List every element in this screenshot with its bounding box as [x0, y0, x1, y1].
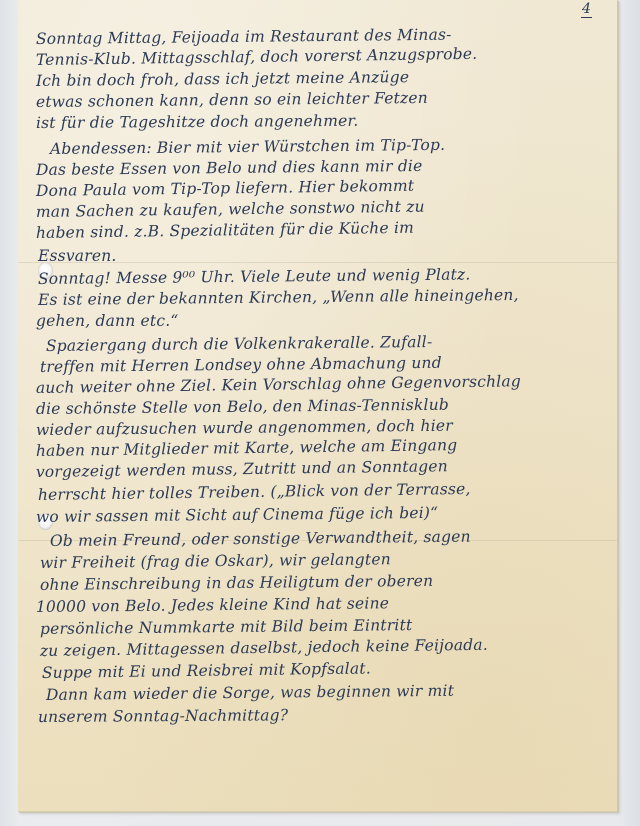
- text-line: ist für die Tageshitze doch angenehmer.: [36, 112, 359, 132]
- page-number: 4: [581, 2, 592, 18]
- text-line: wir Freiheit (frag die Oskar), wir gelan…: [40, 550, 391, 572]
- text-line: gehen, dann etc.“: [36, 312, 178, 330]
- text-line: unserem Sonntag-Nachmittag?: [38, 706, 288, 726]
- text-line: Essvaren.: [38, 247, 117, 265]
- text-line: 10000 von Belo. Jedes kleine Kind hat se…: [36, 594, 389, 616]
